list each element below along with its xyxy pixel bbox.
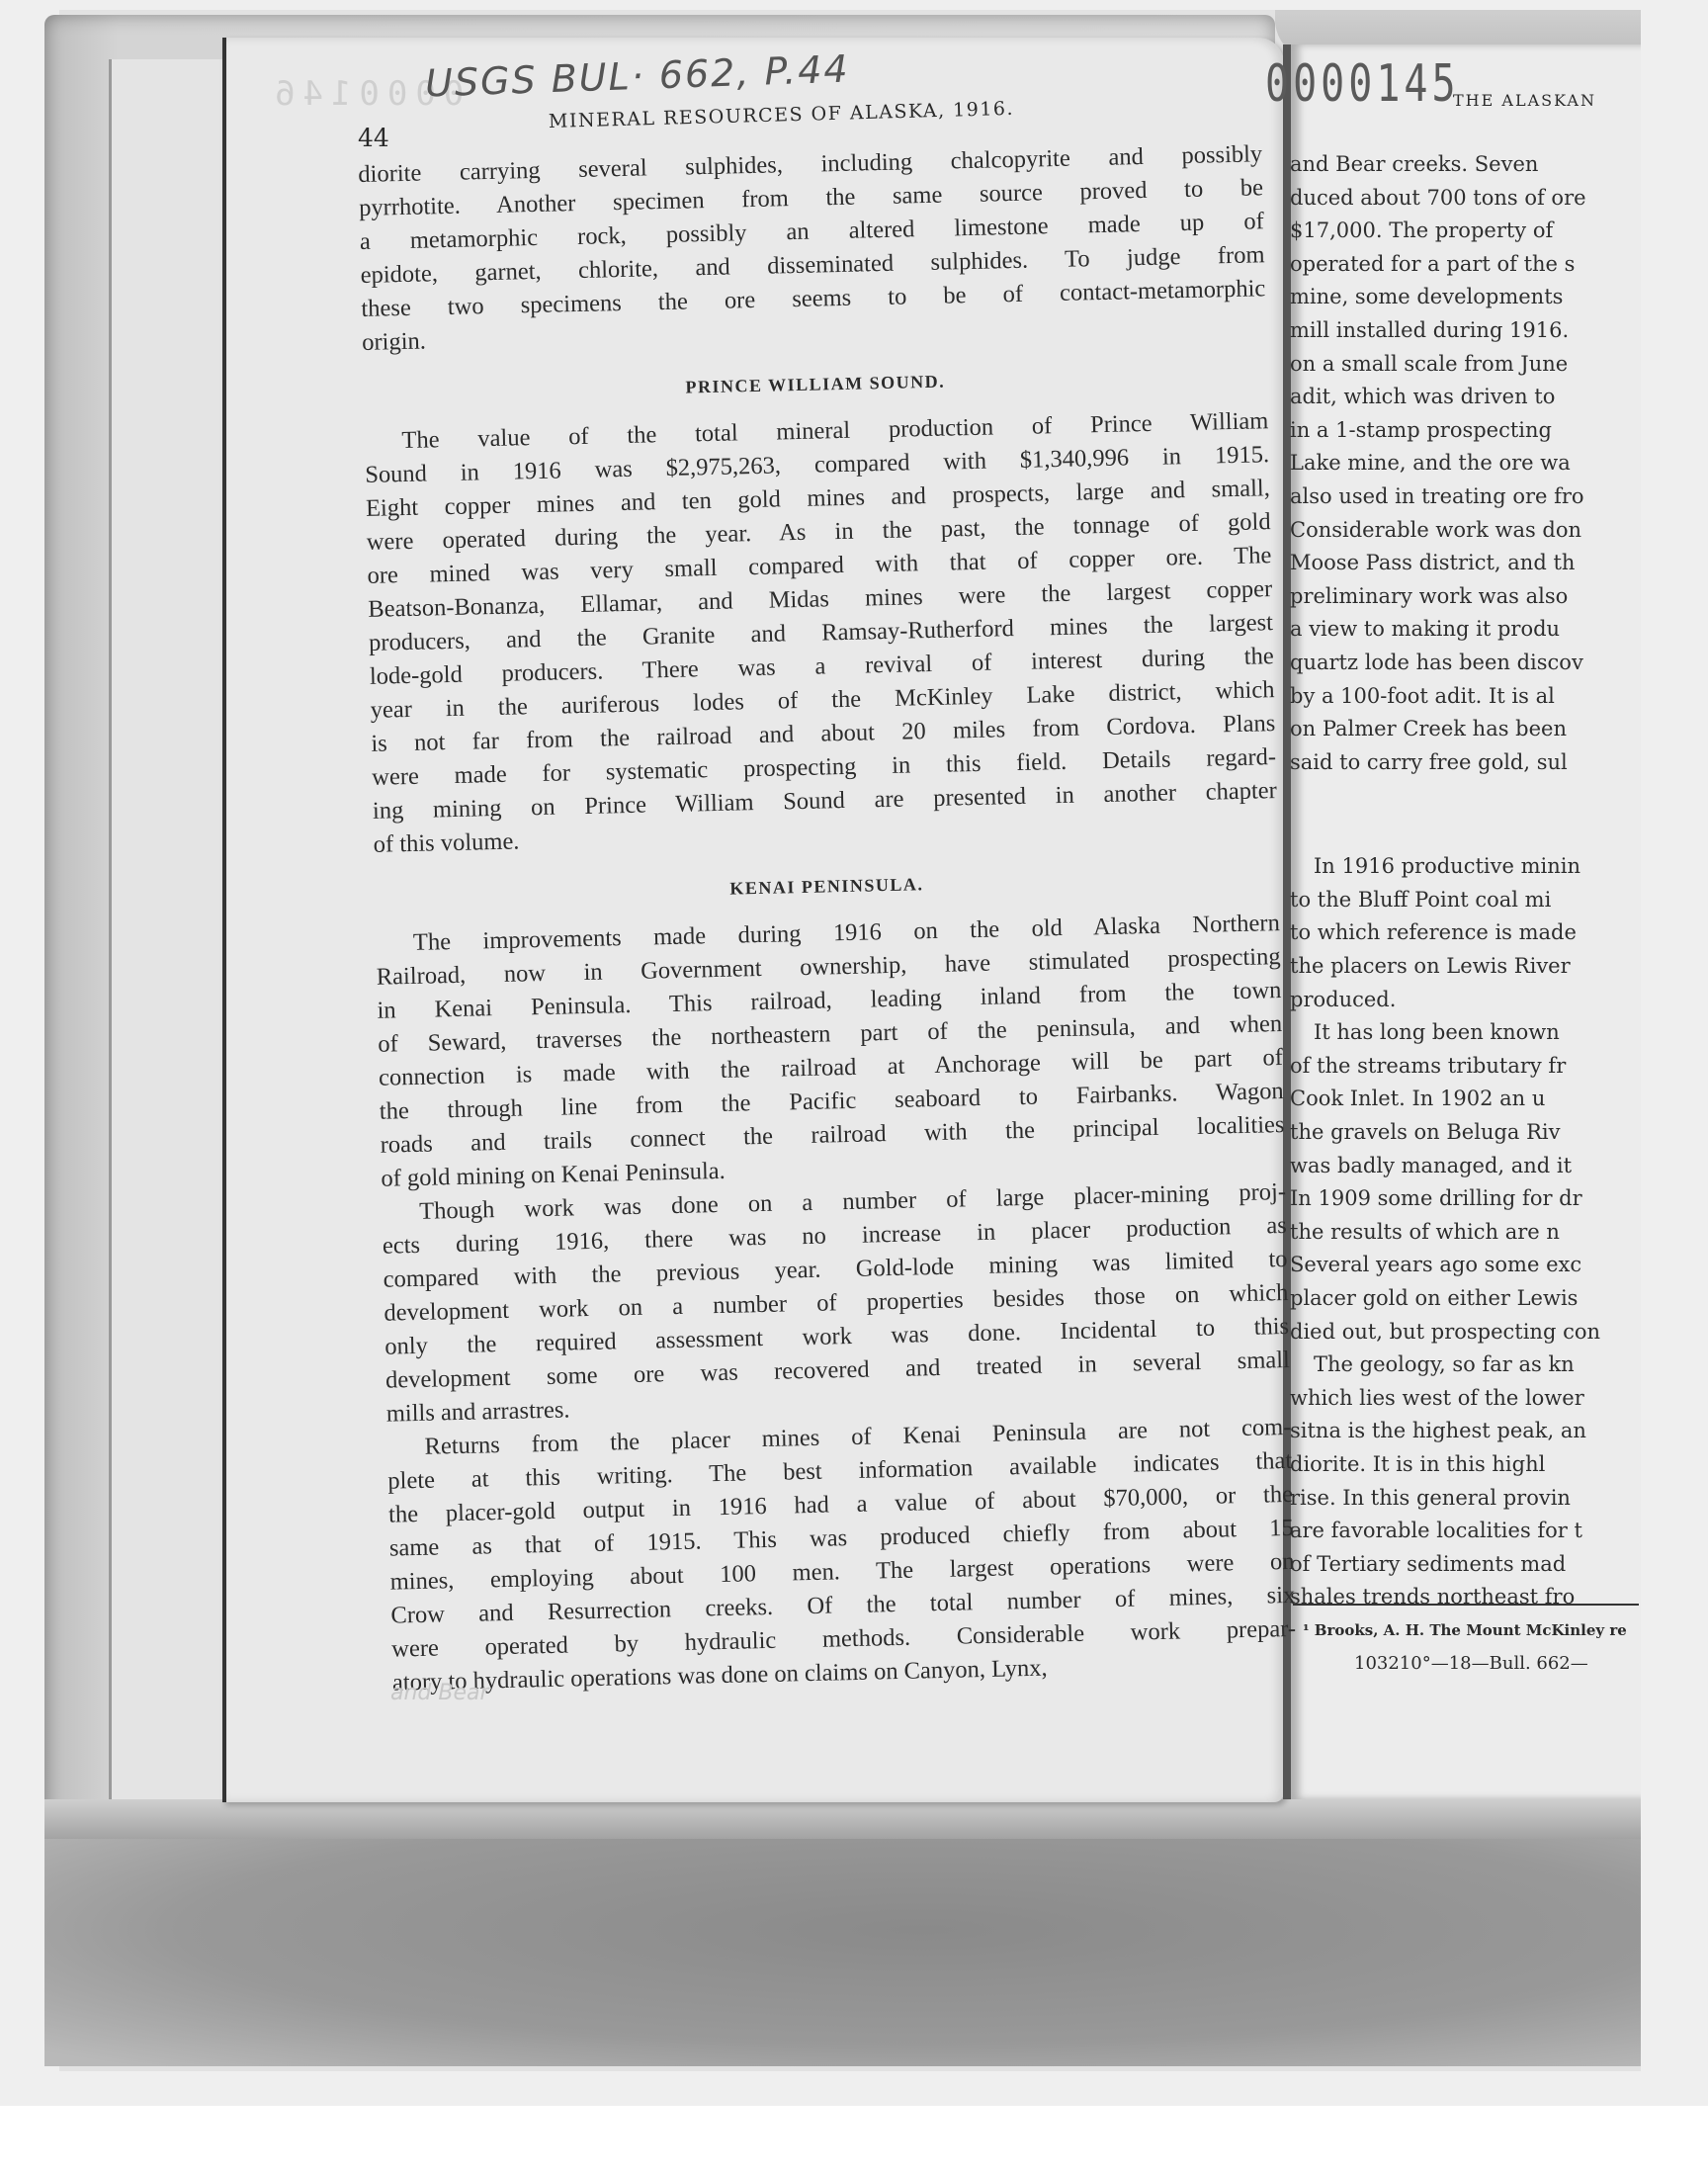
left-page-body: diorite carrying several sulphides, incl…	[358, 137, 1297, 1699]
text-line: the gravels on Beluga Riv	[1290, 1116, 1636, 1150]
paragraph: Though work was done on a number of larg…	[382, 1175, 1291, 1432]
text-line: operated for a part of the s	[1290, 248, 1636, 282]
paragraph: Returns from the placer mines of Kenai P…	[386, 1411, 1297, 1700]
signature-line: 103210°—18—Bull. 662—	[1354, 1653, 1641, 1674]
text-line: to which reference is made	[1290, 916, 1636, 950]
text-line: and Bear creeks. Seven	[1290, 148, 1636, 182]
text-line: on Palmer Creek has been	[1290, 713, 1636, 746]
text-line: are favorable localities for t	[1290, 1515, 1636, 1548]
paragraph: diorite carrying several sulphides, incl…	[358, 137, 1266, 360]
text-line: a view to making it produ	[1290, 613, 1636, 647]
text-line: quartz lode has been discov	[1290, 647, 1636, 680]
text-line: adit, which was driven to	[1290, 381, 1636, 414]
text-line: produced.	[1290, 984, 1636, 1017]
text-line: said to carry free gold, sul	[1290, 746, 1636, 780]
text-line: diorite. It is in this highl	[1290, 1448, 1636, 1482]
scan-margin	[1641, 0, 1708, 2175]
text-line: died out, but prospecting con	[1290, 1316, 1636, 1349]
text-line: on a small scale from June	[1290, 348, 1636, 382]
text-line: sitna is the highest peak, an	[1290, 1415, 1636, 1448]
pencil-note: and Bear	[390, 1681, 489, 1705]
text-line: Several years ago some exc	[1290, 1249, 1636, 1282]
right-page-body: and Bear creeks. Sevenduced about 700 to…	[1290, 148, 1636, 1614]
right-running-head: THE ALASKAN	[1453, 91, 1636, 110]
text-line: preliminary work was also	[1290, 580, 1636, 614]
text-line: of the streams tributary fr	[1290, 1050, 1636, 1084]
section-gap	[1290, 779, 1636, 850]
text-line: In 1909 some drilling for dr	[1290, 1182, 1636, 1216]
text-line: The geology, so far as kn	[1290, 1348, 1636, 1382]
text-line: mine, some developments	[1290, 281, 1636, 314]
text-line: by a 100-foot adit. It is al	[1290, 680, 1636, 714]
text-line: which lies west of the lower	[1290, 1382, 1636, 1416]
text-line: to the Bluff Point coal mi	[1290, 884, 1636, 917]
text-line: shales trends northeast fro	[1290, 1581, 1636, 1614]
table-surface-shadow	[44, 1839, 1641, 2066]
section-heading: KENAI PENINSULA.	[375, 859, 1280, 913]
text-line: In 1916 productive minin	[1290, 850, 1636, 884]
text-line: It has long been known	[1290, 1016, 1636, 1050]
footnote: ¹ Brooks, A. H. The Mount McKinley re	[1303, 1621, 1639, 1639]
text-line: Moose Pass district, and th	[1290, 547, 1636, 580]
page-stack-edge	[109, 59, 230, 1799]
text-line: Lake mine, and the ore wa	[1290, 447, 1636, 480]
text-line: was badly managed, and it	[1290, 1150, 1636, 1183]
text-line: the results of which are n	[1290, 1216, 1636, 1250]
paragraph: The value of the total mineral productio…	[364, 404, 1278, 862]
text-line: Considerable work was don	[1290, 514, 1636, 548]
text-line: $17,000. The property of	[1290, 215, 1636, 248]
text-line: mill installed during 1916.	[1290, 314, 1636, 348]
page-number: 44	[358, 124, 389, 152]
stamp-number: 0000145	[1265, 54, 1460, 114]
section-heading: PRINCE WILLIAM SOUND.	[363, 357, 1268, 411]
scan-bottom-margin	[0, 2106, 1708, 2175]
text-line: the placers on Lewis River	[1290, 950, 1636, 984]
text-line: also used in treating ore fro	[1290, 480, 1636, 514]
text-line: duced about 700 tons of ore	[1290, 182, 1636, 216]
text-line: of Tertiary sediments mad	[1290, 1548, 1636, 1582]
text-line: Cook Inlet. In 1902 an u	[1290, 1083, 1636, 1116]
text-line: in a 1-stamp prospecting	[1290, 414, 1636, 448]
paragraph: The improvements made during 1916 on the…	[376, 907, 1286, 1196]
text-line: rise. In this general provin	[1290, 1482, 1636, 1516]
footnote-rule	[1293, 1604, 1639, 1606]
text-line: placer gold on either Lewis	[1290, 1282, 1636, 1316]
